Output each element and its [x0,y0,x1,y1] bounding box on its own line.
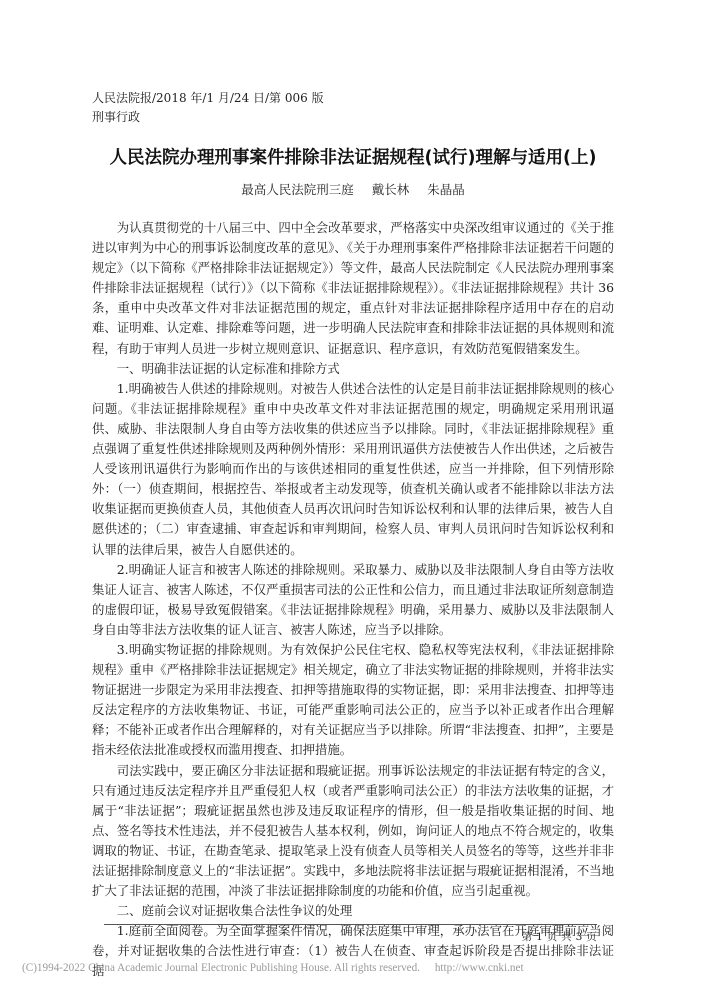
footer-divider [104,924,597,925]
copyright-text: (C)1994-2022 China Academic Journal Elec… [22,962,420,974]
source-line: 人民法院报/2018 年/1 月/24 日/第 006 版 [92,89,324,108]
publisher-url: http://www.cnki.net [435,962,524,974]
article-body: 为认真贯彻党的十八届三中、四中全会改革要求，严格落实中央深改组审议通过的《关于推… [92,218,614,982]
body-paragraph: 为认真贯彻党的十八届三中、四中全会改革要求，严格落实中央深改组审议通过的《关于推… [92,218,614,359]
author-name: 朱晶晶 [427,182,465,197]
body-paragraph: 1.明确被告人供述的排除规则。对被告人供述合法性的认定是目前非法证据排除规则的核… [92,379,614,560]
section-label: 刑事行政 [92,108,324,127]
article-title: 人民法院办理刑事案件排除非法证据规程(试行)理解与适用(上) [0,144,706,169]
body-paragraph: 司法实践中，要正确区分非法证据和瑕疵证据。刑事诉讼法规定的非法证据有特定的含义，… [92,761,614,902]
publication-header: 人民法院报/2018 年/1 月/24 日/第 006 版 刑事行政 [92,89,324,127]
page-indicator: 第 1 页 共 3 页 [522,929,597,944]
section-heading: 一、明确非法证据的认定标准和排除方式 [92,359,614,379]
author-name: 戴长林 [372,182,410,197]
body-paragraph: 2.明确证人证言和被害人陈述的排除规则。采取暴力、威胁以及非法限制人身自由等方法… [92,560,614,640]
copyright-notice: (C)1994-2022 China Academic Journal Elec… [22,962,524,974]
document-page: 人民法院报/2018 年/1 月/24 日/第 006 版 刑事行政 人民法院办… [0,0,706,999]
byline: 最高人民法院刑三庭 戴长林 朱晶晶 [0,180,706,198]
body-paragraph: 3.明确实物证据的排除规则。为有效保护公民住宅权、隐私权等宪法权利，《非法证据排… [92,640,614,761]
author-affiliation: 最高人民法院刑三庭 [241,182,354,197]
section-heading: 二、庭前会议对证据收集合法性争议的处理 [92,901,614,921]
